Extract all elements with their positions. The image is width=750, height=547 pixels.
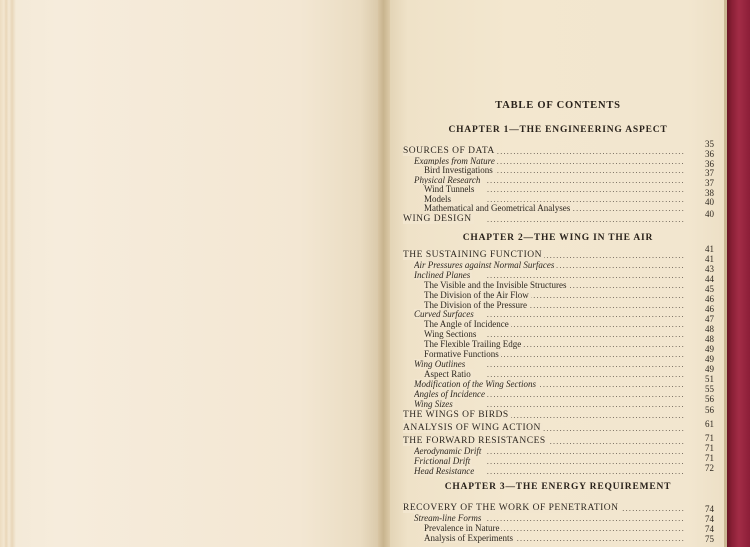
page-number: 37 [694,178,714,188]
page-number: 61 [694,419,714,429]
page-number: 56 [694,405,714,415]
toc-entry[interactable]: Analysis of Experiments.................… [403,533,685,544]
dot-leader: ........................................… [487,214,685,225]
page-number: 40 [694,209,714,219]
page-number: 41 [694,244,714,254]
page-number: 43 [694,264,714,274]
page-number: 35 [694,139,714,149]
page-number: 55 [694,384,714,394]
chapter-3-heading: CHAPTER 3—THE ENERGY REQUIREMENT [388,482,728,492]
toc-entry[interactable]: Wing Sizes..............................… [403,399,685,410]
page-number: 74 [694,504,714,514]
page-number: 49 [694,354,714,364]
page-number: 72 [694,463,714,473]
dot-leader: ........................................… [487,410,685,421]
dot-leader: ........................................… [487,399,685,410]
page-number: 49 [694,344,714,354]
left-blank-page [0,0,382,547]
chapter-2-heading: CHAPTER 2—THE WING IN THE AIR [388,233,728,243]
page-number: 40 [694,197,714,207]
page-number: 36 [694,149,714,159]
page-number: 45 [694,284,714,294]
book-gutter [378,0,390,547]
open-book-spread: TABLE OF CONTENTS CHAPTER 1—THE ENGINEER… [0,0,750,547]
page-number: 44 [694,274,714,284]
toc-entry[interactable]: THE WINGS OF BIRDS......................… [403,410,685,421]
page-number: 49 [694,364,714,374]
toc-title: TABLE OF CONTENTS [388,100,728,111]
page-number: 56 [694,394,714,404]
page-number: 51 [694,374,714,384]
page-number: 46 [694,304,714,314]
page-number: 71 [694,443,714,453]
toc-entry[interactable]: Mathematical and Geometrical Analyses...… [403,203,685,214]
dot-leader: ........................................… [487,533,685,544]
dot-leader: ........................................… [487,466,685,477]
toc-entry[interactable]: Head Resistance.........................… [403,466,685,477]
page-number: 47 [694,314,714,324]
page-number: 75 [694,534,714,544]
page-number: 74 [694,514,714,524]
page-number: 37 [694,168,714,178]
page-number: 48 [694,324,714,334]
page-number: 74 [694,524,714,534]
toc-entry[interactable]: WING DESIGN.............................… [403,214,685,225]
toc-entry[interactable]: ANALYSIS OF WING ACTION.................… [403,423,685,434]
page-number: 48 [694,334,714,344]
page-number: 71 [694,433,714,443]
page-number: 46 [694,294,714,304]
page-number: 71 [694,453,714,463]
red-cover-binding [727,0,750,547]
page-number: 41 [694,254,714,264]
chapter-1-heading: CHAPTER 1—THE ENGINEERING ASPECT [388,125,728,135]
